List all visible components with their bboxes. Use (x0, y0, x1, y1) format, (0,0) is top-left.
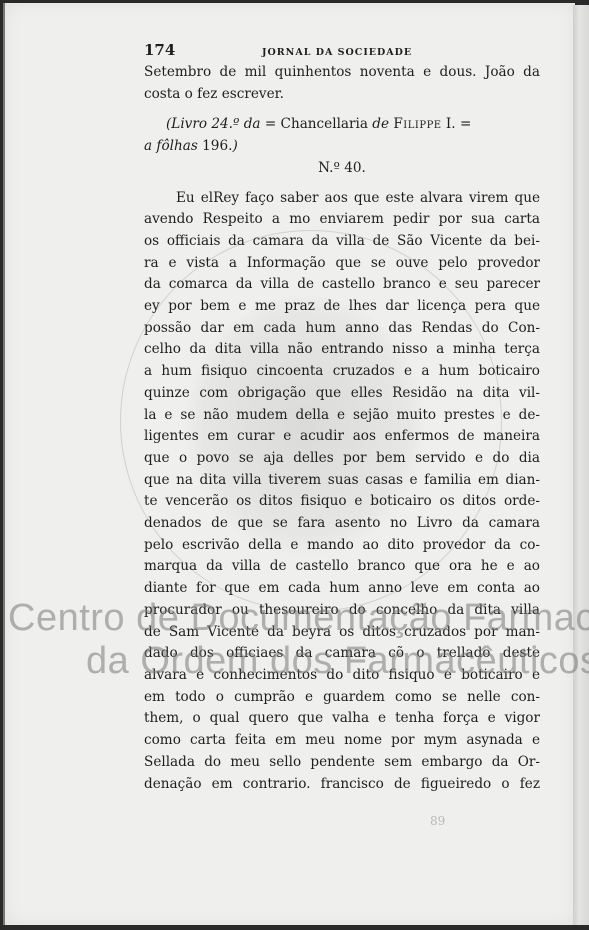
body-line: diante for que em cada hum anno leve em … (144, 578, 540, 600)
body-line: Eu elRey faço saber aos que este alvara … (144, 188, 540, 210)
body-line: pelo escrivão della e mando ao dito prov… (144, 535, 540, 557)
opening-line: costa o fez escrever. (144, 84, 540, 106)
page-edge (573, 5, 589, 925)
citation-de: de (372, 116, 393, 132)
body-line: alvara e conhecimentos do dito fisiquo e… (144, 665, 540, 687)
body-line: da comarca da villa de castello branco e… (144, 274, 540, 296)
body-line: avendo Respeito a mo enviarem pedir por … (144, 209, 540, 231)
body-line: ligentes em curar e acudir aos enfermos … (144, 426, 540, 448)
running-title: JORNAL DA SOCIEDADE (262, 42, 412, 64)
citation-dash: = (261, 116, 281, 132)
body-line: como carta feita em meu nome por mym asy… (144, 730, 540, 752)
body-line: ra e vista a Informação que se ouve pelo… (144, 253, 540, 275)
body-line: em todo o cumprão e guardem como se nell… (144, 687, 540, 709)
body-line: marqua da villa de castello branco que o… (144, 556, 540, 578)
body-line: a hum fisiquo cincoenta cruzados e a hum… (144, 361, 540, 383)
opening-line: Setembro de mil quinhentos noventa e dou… (144, 62, 540, 84)
page-header: 174 JORNAL DA SOCIEDADE (144, 40, 540, 62)
citation-close: ) (232, 138, 237, 154)
body-line: que na dita villa tiverem suas casas e f… (144, 470, 540, 492)
body-line: them, o qual quero que valha e tenha for… (144, 708, 540, 730)
decree-body: Eu elRey faço saber aos que este alvara … (144, 188, 540, 796)
page-content: 174 JORNAL DA SOCIEDADE Setembro de mil … (144, 40, 540, 795)
bleed-through-mark: 89 (430, 814, 445, 828)
body-line: Sellada do meu sello pendente sem embarg… (144, 752, 540, 774)
body-line: denação em contrario. francisco de figue… (144, 774, 540, 796)
citation-folio-label: a fôlhas (144, 138, 202, 154)
body-line: quinze com obrigação que elles Residão n… (144, 383, 540, 405)
body-line: denados de que se fara asento no Livro d… (144, 513, 540, 535)
body-line: procurador ou thesoureiro do concelho da… (144, 600, 540, 622)
body-line: te vencerão os ditos fisiquo e boticairo… (144, 491, 540, 513)
source-citation: (Livro 24.º da = Chancellaria de Filippe… (144, 114, 540, 136)
citation-numeral: I. = (442, 116, 472, 132)
document-number: N.º 40. (144, 158, 540, 180)
body-line: la e se não mudem della e sejão muito pr… (144, 405, 540, 427)
body-line: celho da dita villa não entrando nisso a… (144, 339, 540, 361)
body-line: que o povo se aja delles por bem servido… (144, 448, 540, 470)
citation-book: (Livro 24.º da (166, 116, 261, 132)
page-number: 174 (144, 40, 262, 62)
body-line: os officiais da camara da villa de São V… (144, 231, 540, 253)
body-line: de Sam Vicente da beyra os ditos cruzado… (144, 622, 540, 644)
citation-folio-number: 196. (202, 138, 232, 154)
body-line: possão dar em cada hum anno das Rendas d… (144, 318, 540, 340)
body-line: ey por bem e me praz de lhes dar licença… (144, 296, 540, 318)
source-citation-folio: a fôlhas 196.) (144, 136, 540, 158)
citation-king: Filippe (393, 116, 441, 132)
body-line: dado dos officiaes da camara cõ o trella… (144, 643, 540, 665)
citation-chancellery: Chancellaria (281, 116, 373, 132)
